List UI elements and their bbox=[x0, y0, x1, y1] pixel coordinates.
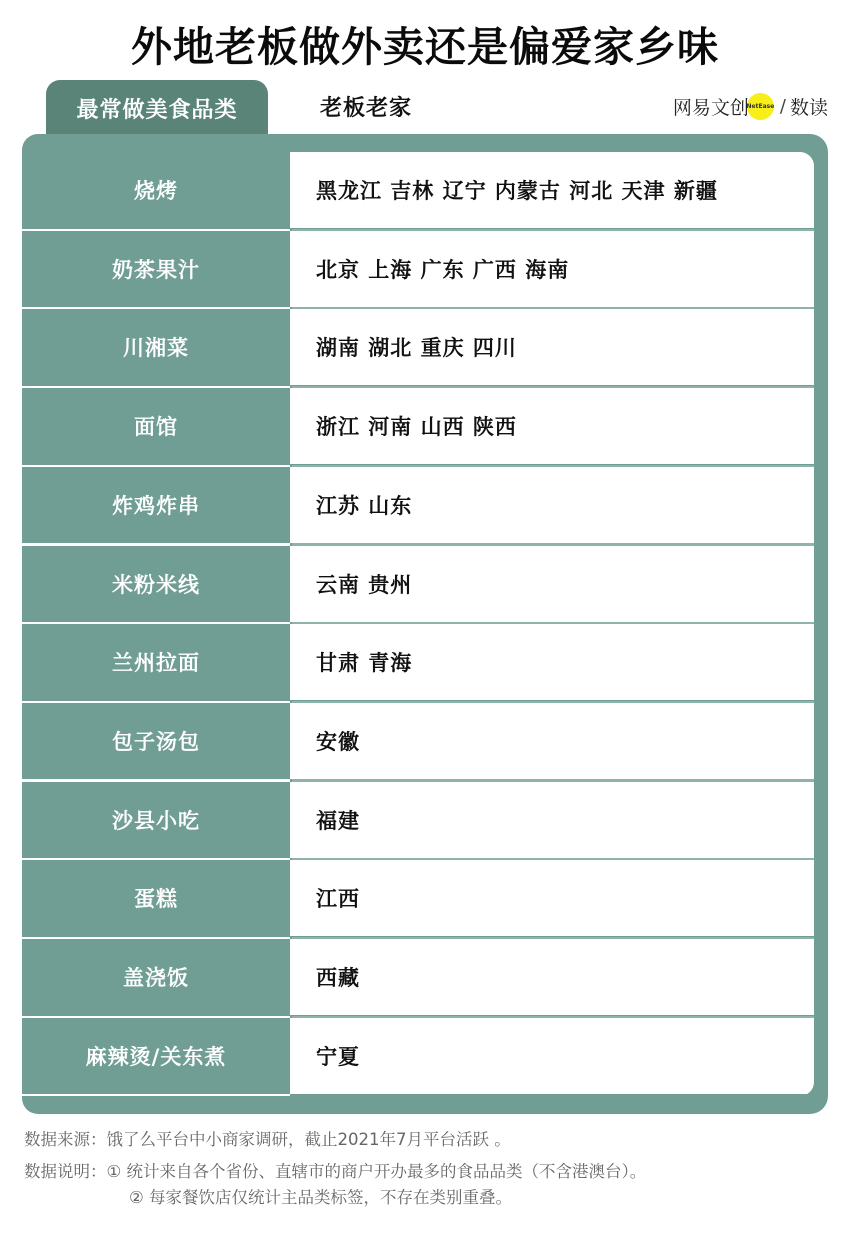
brand-slash: / bbox=[780, 96, 786, 117]
table-row: 奶茶果汁 北京 上海 广东 广西 海南 bbox=[22, 231, 814, 307]
provinces-cell: 江苏 山东 bbox=[292, 467, 814, 543]
tab-food-category: 最常做美食品类 bbox=[46, 80, 268, 136]
category-cell: 兰州拉面 bbox=[22, 624, 290, 700]
table-row: 包子汤包 安徽 bbox=[22, 703, 814, 779]
brand-shudu: 数读 bbox=[790, 93, 828, 120]
provinces-cell: 宁夏 bbox=[292, 1018, 814, 1094]
data-source-note: 数据来源：饿了么平台中小商家调研，截止2021年7月平台活跃 。 bbox=[24, 1127, 834, 1153]
provinces-cell: 浙江 河南 山西 陕西 bbox=[292, 388, 814, 464]
provinces-cell: 黑龙江 吉林 辽宁 内蒙古 河北 天津 新疆 bbox=[292, 152, 814, 228]
table-frame: 烧烤 黑龙江 吉林 辽宁 内蒙古 河北 天津 新疆 奶茶果汁 北京 上海 广东 … bbox=[22, 134, 828, 1114]
brand-netease-wenchuang: 网易文创 bbox=[673, 93, 749, 120]
category-cell: 奶茶果汁 bbox=[22, 231, 290, 307]
table-row: 盖浇饭 西藏 bbox=[22, 939, 814, 1015]
provinces-cell: 江西 bbox=[292, 860, 814, 936]
category-cell: 蛋糕 bbox=[22, 860, 290, 936]
page-title: 外地老板做外卖还是偏爱家乡味 bbox=[0, 14, 850, 73]
category-cell: 炸鸡炸串 bbox=[22, 467, 290, 543]
table-row: 兰州拉面 甘肃 青海 bbox=[22, 624, 814, 700]
provinces-cell: 北京 上海 广东 广西 海南 bbox=[292, 231, 814, 307]
provinces-cell: 湖南 湖北 重庆 四川 bbox=[292, 309, 814, 385]
provinces-cell: 西藏 bbox=[292, 939, 814, 1015]
table-row: 沙县小吃 福建 bbox=[22, 782, 814, 858]
provinces-cell: 福建 bbox=[292, 782, 814, 858]
category-cell: 麻辣烫/关东煮 bbox=[22, 1018, 290, 1094]
provinces-cell: 甘肃 青海 bbox=[292, 624, 814, 700]
category-cell: 沙县小吃 bbox=[22, 782, 290, 858]
netease-badge-icon: NetEase bbox=[747, 93, 774, 120]
table-row: 烧烤 黑龙江 吉林 辽宁 内蒙古 河北 天津 新疆 bbox=[22, 152, 814, 228]
tab-boss-hometown: 老板老家 bbox=[296, 88, 436, 124]
data-description-note-1: 数据说明：① 统计来自各个省份、直辖市的商户开办最多的食品品类（不含港澳台）。 bbox=[24, 1159, 834, 1185]
table-row: 米粉米线 云南 贵州 bbox=[22, 546, 814, 622]
table-row: 炸鸡炸串 江苏 山东 bbox=[22, 467, 814, 543]
brand-logo: 网易文创 NetEase / 数读 bbox=[673, 88, 828, 124]
table-row: 麻辣烫/关东煮 宁夏 bbox=[22, 1018, 814, 1094]
provinces-cell: 安徽 bbox=[292, 703, 814, 779]
table-row: 蛋糕 江西 bbox=[22, 860, 814, 936]
footnotes: 数据来源：饿了么平台中小商家调研，截止2021年7月平台活跃 。 数据说明：① … bbox=[24, 1127, 834, 1211]
category-cell: 盖浇饭 bbox=[22, 939, 290, 1015]
category-cell: 烧烤 bbox=[22, 152, 290, 228]
data-description-note-2: ② 每家餐饮店仅统计主品类标签，不存在类别重叠。 bbox=[24, 1185, 834, 1211]
table-row: 面馆 浙江 河南 山西 陕西 bbox=[22, 388, 814, 464]
category-cell: 包子汤包 bbox=[22, 703, 290, 779]
provinces-cell: 云南 贵州 bbox=[292, 546, 814, 622]
category-cell: 面馆 bbox=[22, 388, 290, 464]
table-row: 川湘菜 湖南 湖北 重庆 四川 bbox=[22, 309, 814, 385]
category-cell: 川湘菜 bbox=[22, 309, 290, 385]
category-cell: 米粉米线 bbox=[22, 546, 290, 622]
food-hometown-table: 烧烤 黑龙江 吉林 辽宁 内蒙古 河北 天津 新疆 奶茶果汁 北京 上海 广东 … bbox=[22, 152, 814, 1096]
